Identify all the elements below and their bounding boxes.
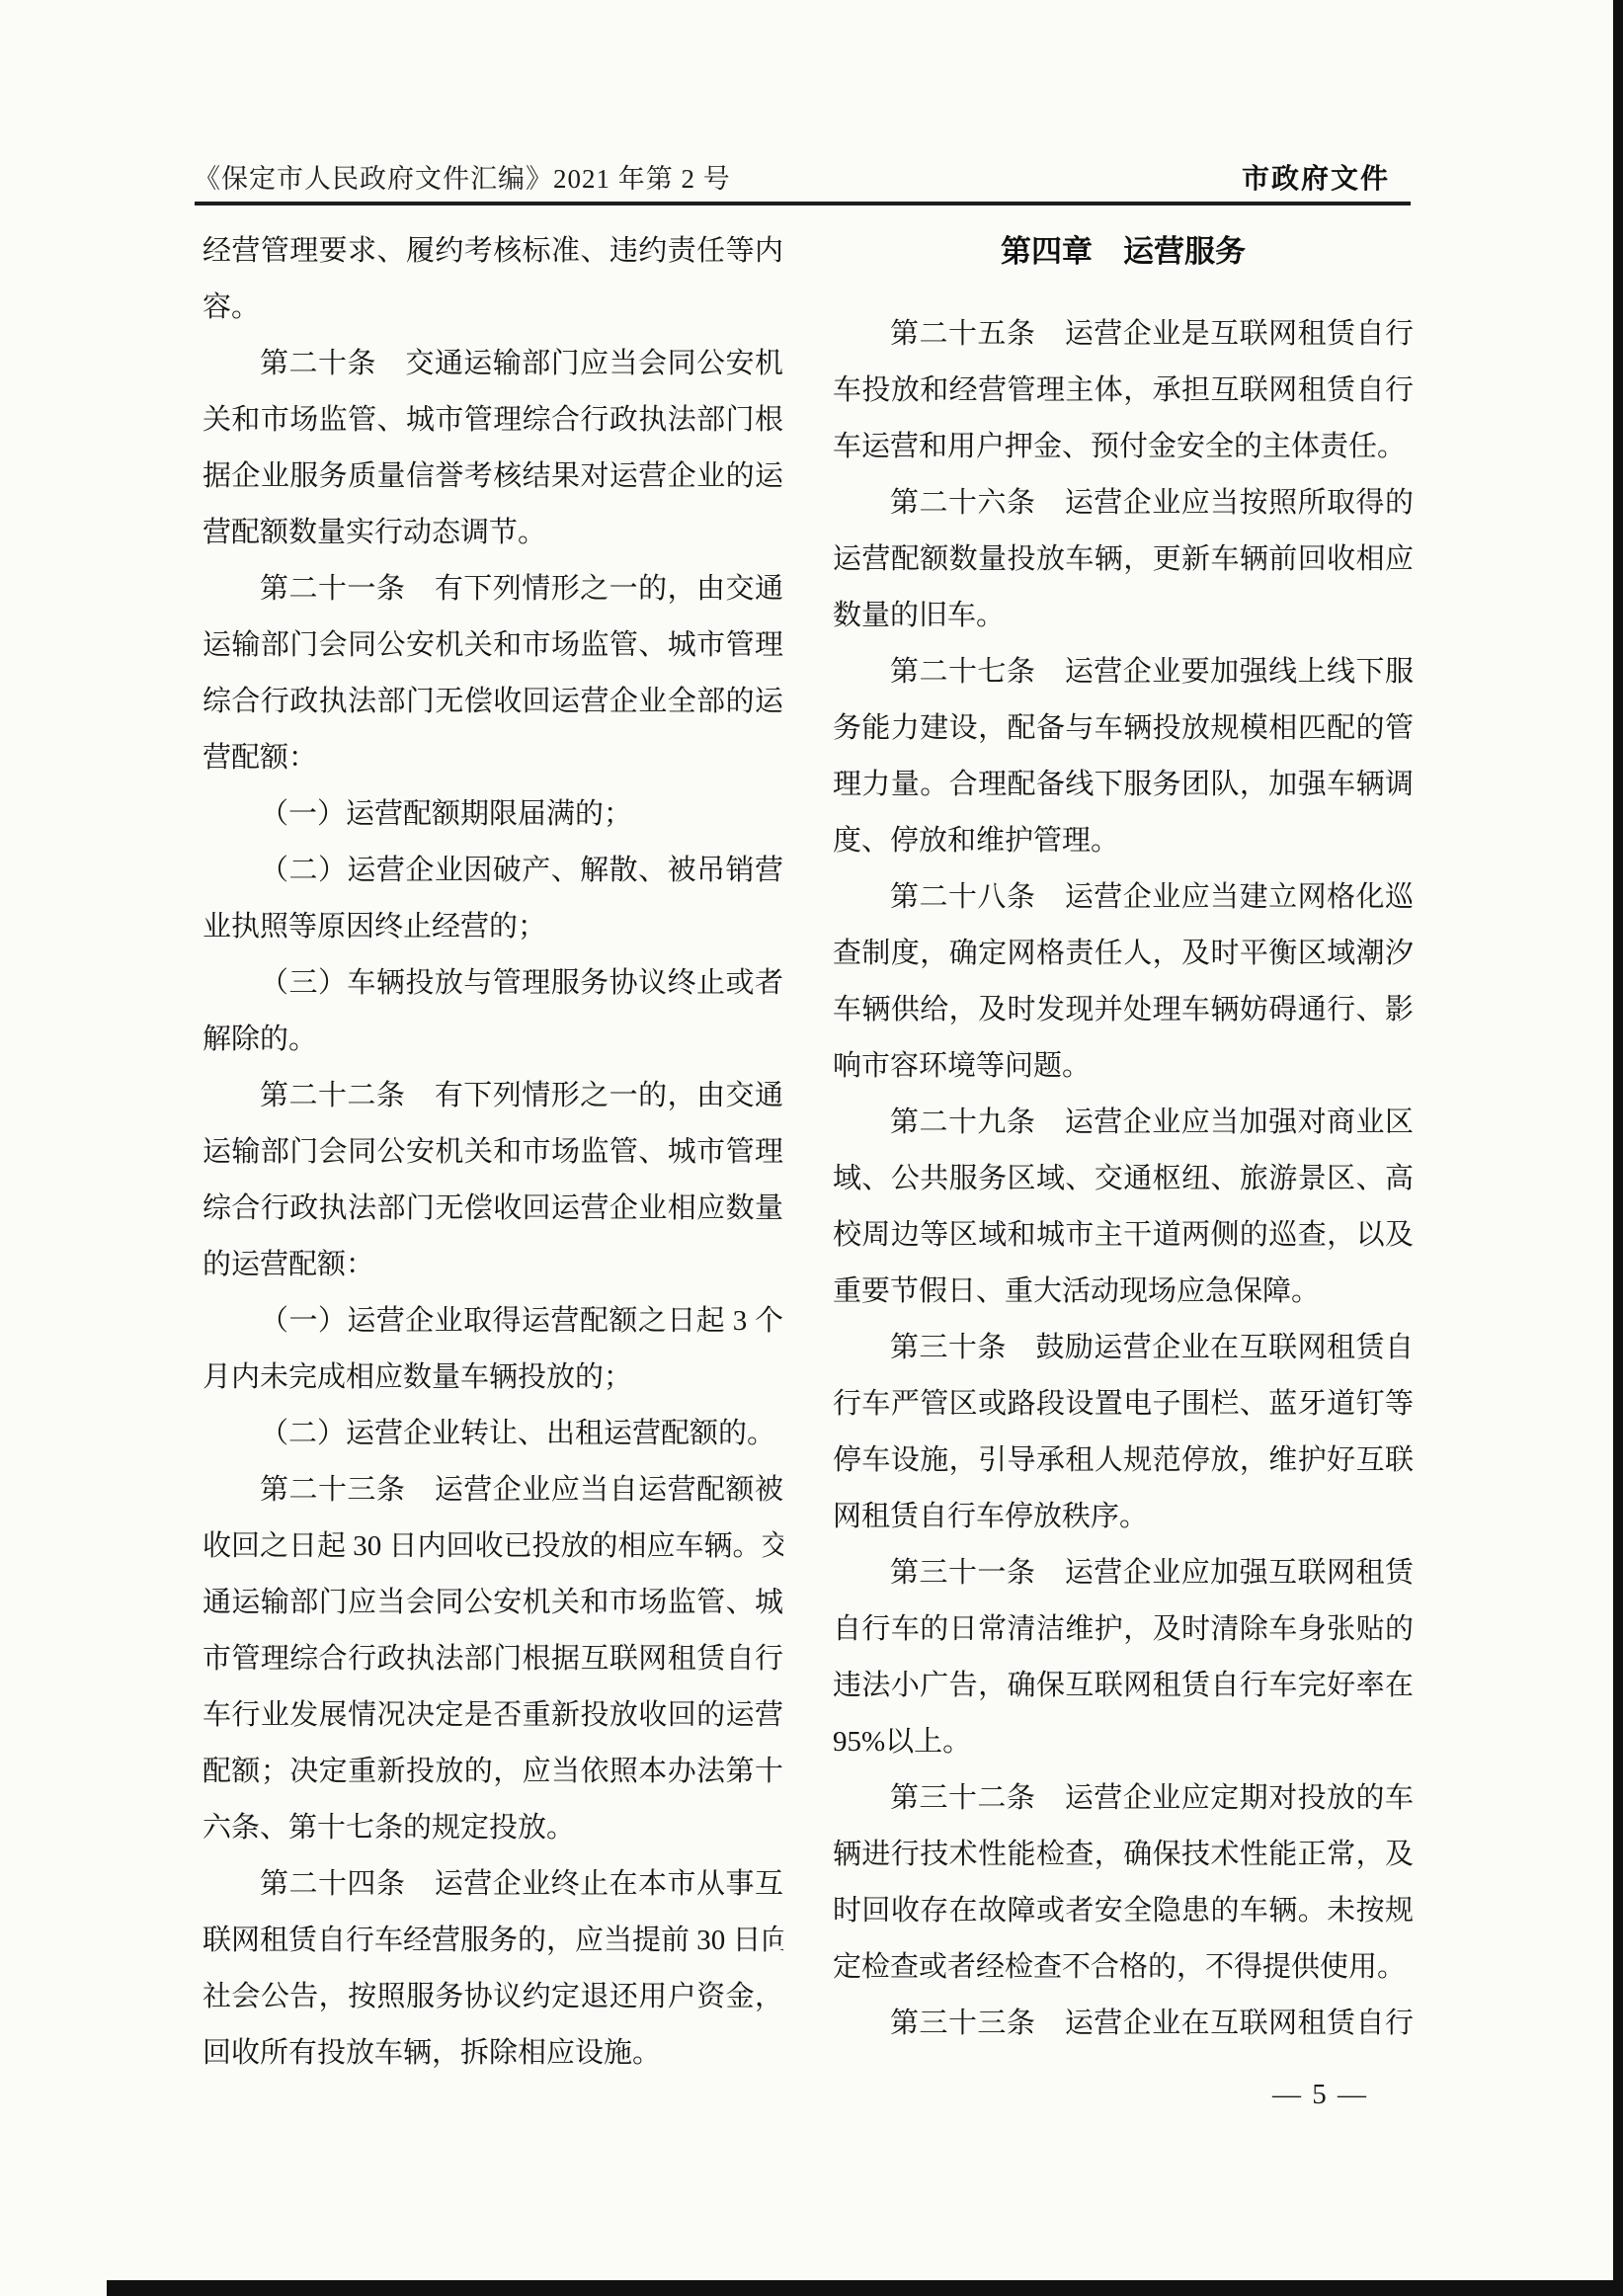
text-line: 通运输部门应当会同公安机关和市场监管、城 xyxy=(203,1575,783,1631)
text-line: 关和市场监管、城市管理综合行政执法部门根 xyxy=(203,392,783,449)
text-line: 容。 xyxy=(203,280,783,336)
text-line: （一）运营企业取得运营配额之日起 3 个 xyxy=(203,1293,783,1350)
page-number: — 5 — xyxy=(1272,2075,1368,2114)
compilation-title: 《保定市人民政府文件汇编》2021 年第 2 号 xyxy=(194,161,731,197)
text-line: 配额；决定重新投放的，应当依照本办法第十 xyxy=(203,1744,783,1800)
text-line: 运输部门会同公安机关和市场监管、城市管理 xyxy=(203,617,783,674)
text-line: 行车严管区或路段设置电子围栏、蓝牙道钉等 xyxy=(833,1376,1414,1433)
text-line: 第四章 运营服务 xyxy=(833,223,1414,280)
text-line: 域、公共服务区域、交通枢纽、旅游景区、高 xyxy=(833,1151,1414,1207)
text-line: 营配额： xyxy=(203,730,783,786)
text-line: 第二十五条 运营企业是互联网租赁自行 xyxy=(833,306,1414,363)
text-line: （三）车辆投放与管理服务协议终止或者 xyxy=(203,955,783,1012)
text-line: 网租赁自行车停放秩序。 xyxy=(833,1489,1414,1545)
text-line: 定检查或者经检查不合格的，不得提供使用。 xyxy=(833,1939,1414,1996)
text-line: 理力量。合理配备线下服务团队，加强车辆调 xyxy=(833,757,1414,813)
text-line: 第三十三条 运营企业在互联网租赁自行 xyxy=(833,1996,1414,2052)
text-line: 停车设施，引导承租人规范停放，维护好互联 xyxy=(833,1433,1414,1489)
text-line: 运输部门会同公安机关和市场监管、城市管理 xyxy=(203,1124,783,1181)
text-line: 辆进行技术性能检查，确保技术性能正常，及 xyxy=(833,1827,1414,1883)
text-line: 车行业发展情况决定是否重新投放收回的运营 xyxy=(203,1687,783,1744)
text-line: 月内未完成相应数量车辆投放的； xyxy=(203,1350,783,1406)
text-line: 第二十七条 运营企业要加强线上线下服 xyxy=(833,644,1414,700)
text-line: 响市容环境等问题。 xyxy=(833,1038,1414,1095)
text-line: 车辆供给，及时发现并处理车辆妨碍通行、影 xyxy=(833,982,1414,1038)
text-line: （一）运营配额期限届满的； xyxy=(203,786,783,843)
text-line: 第三十一条 运营企业应加强互联网租赁 xyxy=(833,1545,1414,1601)
right-column: 第四章 运营服务第二十五条 运营企业是互联网租赁自行车投放和经营管理主体，承担互… xyxy=(833,223,1414,2052)
text-line: 市管理综合行政执法部门根据互联网租赁自行 xyxy=(203,1631,783,1687)
text-line: 度、停放和维护管理。 xyxy=(833,813,1414,869)
text-line: 车运营和用户押金、预付金安全的主体责任。 xyxy=(833,419,1414,475)
document-page: 《保定市人民政府文件汇编》2021 年第 2 号 市政府文件 经营管理要求、履约… xyxy=(0,0,1623,2296)
text-line: 数量的旧车。 xyxy=(833,588,1414,644)
text-line: 业执照等原因终止经营的； xyxy=(203,899,783,955)
text-line: 第二十九条 运营企业应当加强对商业区 xyxy=(833,1095,1414,1151)
text-line: 查制度，确定网格责任人，及时平衡区域潮汐 xyxy=(833,926,1414,982)
text-line: 经营管理要求、履约考核标准、违约责任等内 xyxy=(203,223,783,280)
text-line: 社会公告，按照服务协议约定退还用户资金， xyxy=(203,1969,783,2025)
text-line: 收回之日起 30 日内回收已投放的相应车辆。交 xyxy=(203,1518,783,1575)
text-line: 联网租赁自行车经营服务的，应当提前 30 日向 xyxy=(203,1913,783,1969)
header-rule xyxy=(195,202,1411,205)
text-line: 六条、第十七条的规定投放。 xyxy=(203,1800,783,1856)
scan-edge-bottom xyxy=(107,2280,1623,2296)
text-line: 第二十四条 运营企业终止在本市从事互 xyxy=(203,1856,783,1913)
text-line: 据企业服务质量信誉考核结果对运营企业的运 xyxy=(203,449,783,505)
text-line: （二）运营企业因破产、解散、被吊销营 xyxy=(203,843,783,899)
document-category-label: 市政府文件 xyxy=(1242,161,1390,197)
text-line: 车投放和经营管理主体，承担互联网租赁自行 xyxy=(833,363,1414,419)
text-line: 第二十一条 有下列情形之一的，由交通 xyxy=(203,561,783,617)
text-line: 运营配额数量投放车辆，更新车辆前回收相应 xyxy=(833,532,1414,588)
text-line: 95%以上。 xyxy=(833,1714,1414,1770)
scan-edge-right xyxy=(1613,0,1623,2296)
text-line: 违法小广告，确保互联网租赁自行车完好率在 xyxy=(833,1658,1414,1714)
text-line: 综合行政执法部门无偿收回运营企业全部的运 xyxy=(203,674,783,730)
text-line: 综合行政执法部门无偿收回运营企业相应数量 xyxy=(203,1181,783,1237)
text-line: 重要节假日、重大活动现场应急保障。 xyxy=(833,1264,1414,1320)
text-line: （二）运营企业转让、出租运营配额的。 xyxy=(203,1406,783,1462)
left-column: 经营管理要求、履约考核标准、违约责任等内容。第二十条 交通运输部门应当会同公安机… xyxy=(203,223,783,2082)
text-line: 第二十三条 运营企业应当自运营配额被 xyxy=(203,1462,783,1518)
text-line: 校周边等区域和城市主干道两侧的巡查，以及 xyxy=(833,1207,1414,1264)
text-line: 第二十八条 运营企业应当建立网格化巡 xyxy=(833,869,1414,926)
text-line: 回收所有投放车辆，拆除相应设施。 xyxy=(203,2025,783,2082)
text-line: 第三十二条 运营企业应定期对投放的车 xyxy=(833,1770,1414,1827)
text-line: 务能力建设，配备与车辆投放规模相匹配的管 xyxy=(833,700,1414,757)
text-line: 营配额数量实行动态调节。 xyxy=(203,505,783,561)
text-line: 第二十六条 运营企业应当按照所取得的 xyxy=(833,475,1414,532)
text-line: 第二十条 交通运输部门应当会同公安机 xyxy=(203,336,783,392)
text-line: 自行车的日常清洁维护，及时清除车身张贴的 xyxy=(833,1601,1414,1658)
text-line: 第三十条 鼓励运营企业在互联网租赁自 xyxy=(833,1320,1414,1376)
text-line: 的运营配额： xyxy=(203,1237,783,1293)
text-line: 第二十二条 有下列情形之一的，由交通 xyxy=(203,1068,783,1124)
text-line: 时回收存在故障或者安全隐患的车辆。未按规 xyxy=(833,1883,1414,1939)
text-line: 解除的。 xyxy=(203,1012,783,1068)
